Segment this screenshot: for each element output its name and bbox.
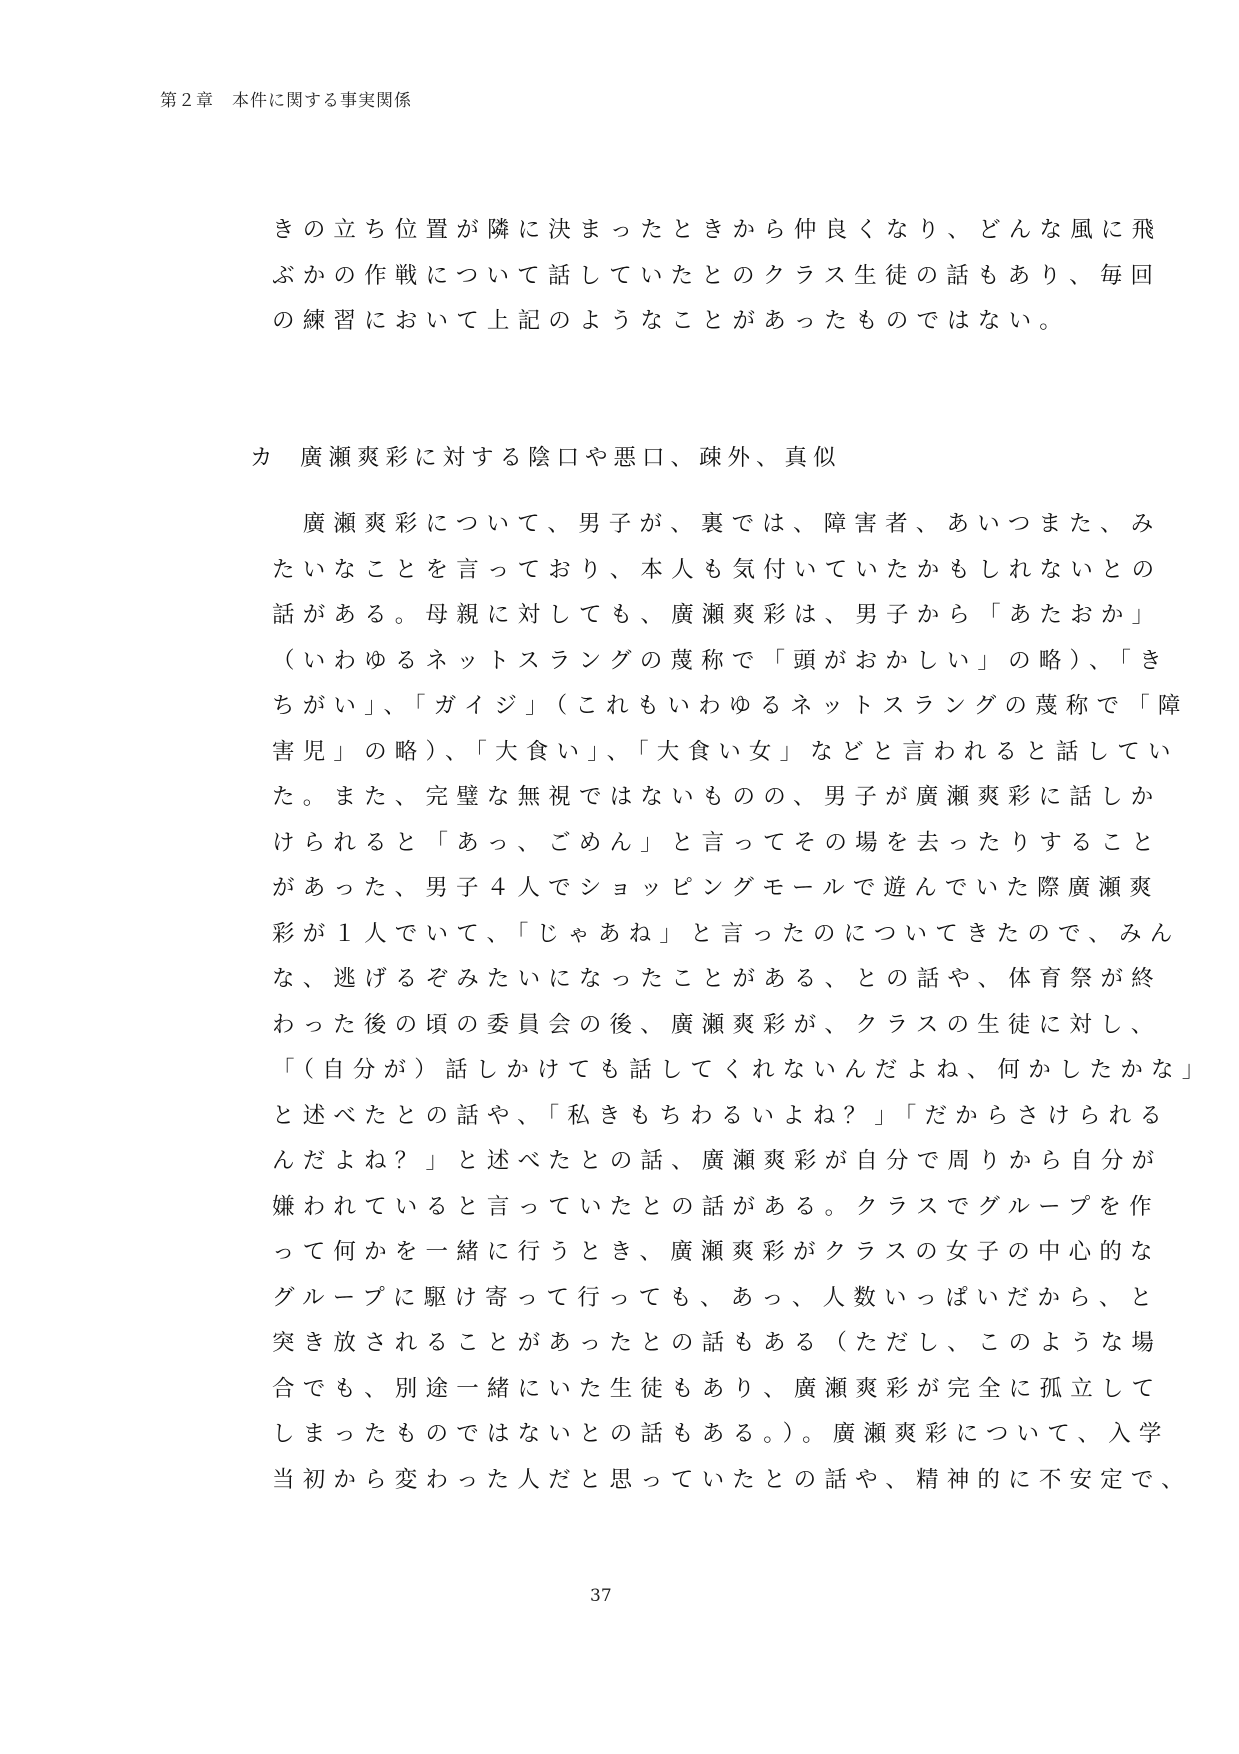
- continuation-paragraph: きの立ち位置が隣に決まったときから仲良くなり、どんな風に飛 ぶかの作戦について話…: [272, 208, 1054, 345]
- text-line: しまったものではないとの話もある。）。廣瀬爽彩について、入学: [272, 1412, 1054, 1458]
- text-line: た。また、完璧な無視ではないものの、男子が廣瀬爽彩に話しか: [272, 775, 1054, 821]
- text-line: 当初から変わった人だと思っていたとの話や、精神的に不安定で、: [272, 1458, 1054, 1504]
- text-line: けられると「あっ、ごめん」と言ってその場を去ったりすること: [272, 821, 1054, 867]
- section-marker: カ: [250, 440, 300, 472]
- text-line: ぶかの作戦について話していたとのクラス生徒の話もあり、毎回: [272, 254, 1054, 300]
- text-line: 嫌われていると言っていたとの話がある。クラスでグループを作: [272, 1185, 1054, 1231]
- section-heading: カ廣瀬爽彩に対する陰口や悪口、疎外、真似: [250, 440, 842, 472]
- text-line: 彩が１人でいて、「じゃあね」と言ったのについてきたので、みん: [272, 912, 1054, 958]
- text-line: 突き放されることがあったとの話もある（ただし、このような場: [272, 1321, 1054, 1367]
- text-line: 廣瀬爽彩について、男子が、裏では、障害者、あいつまた、み: [272, 502, 1054, 548]
- text-line: ちがい」、「ガイジ」（これもいわゆるネットスラングの蔑称で「障: [272, 684, 1054, 730]
- text-line: 合でも、別途一緒にいた生徒もあり、廣瀬爽彩が完全に孤立して: [272, 1367, 1054, 1413]
- text-line: があった、男子４人でショッピングモールで遊んでいた際廣瀬爽: [272, 866, 1054, 912]
- text-line: たいなことを言っており、本人も気付いていたかもしれないとの: [272, 548, 1054, 594]
- text-line: な、逃げるぞみたいになったことがある、との話や、体育祭が終: [272, 957, 1054, 1003]
- text-line: と述べたとの話や、「私きもちわるいよね？」「だからさけられる: [272, 1094, 1054, 1140]
- text-line: グループに駆け寄って行っても、あっ、人数いっぱいだから、と: [272, 1276, 1054, 1322]
- section-title: 廣瀬爽彩に対する陰口や悪口、疎外、真似: [300, 445, 842, 471]
- text-line: の練習において上記のようなことがあったものではない。: [272, 299, 1054, 345]
- text-line: きの立ち位置が隣に決まったときから仲良くなり、どんな風に飛: [272, 208, 1054, 254]
- text-line: 「（自分が）話しかけても話してくれないんだよね、何かしたかな」: [272, 1048, 1054, 1094]
- text-line: 害児」の略）、「大食い」、「大食い女」などと言われると話してい: [272, 730, 1054, 776]
- text-line: んだよね？」と述べたとの話、廣瀬爽彩が自分で周りから自分が: [272, 1139, 1054, 1185]
- text-line: わった後の頃の委員会の後、廣瀬爽彩が、クラスの生徒に対し、: [272, 1003, 1054, 1049]
- text-line: って何かを一緒に行うとき、廣瀬爽彩がクラスの女子の中心的な: [272, 1230, 1054, 1276]
- text-line: （いわゆるネットスラングの蔑称で「頭がおかしい」の略）、「き: [272, 639, 1054, 685]
- page-number: 37: [590, 1586, 612, 1606]
- text-line: 話がある。母親に対しても、廣瀬爽彩は、男子から「あたおか」: [272, 593, 1054, 639]
- main-paragraph: 廣瀬爽彩について、男子が、裏では、障害者、あいつまた、み たいなことを言っており…: [272, 502, 1054, 1503]
- running-header: 第２章 本件に関する事実関係: [160, 86, 412, 111]
